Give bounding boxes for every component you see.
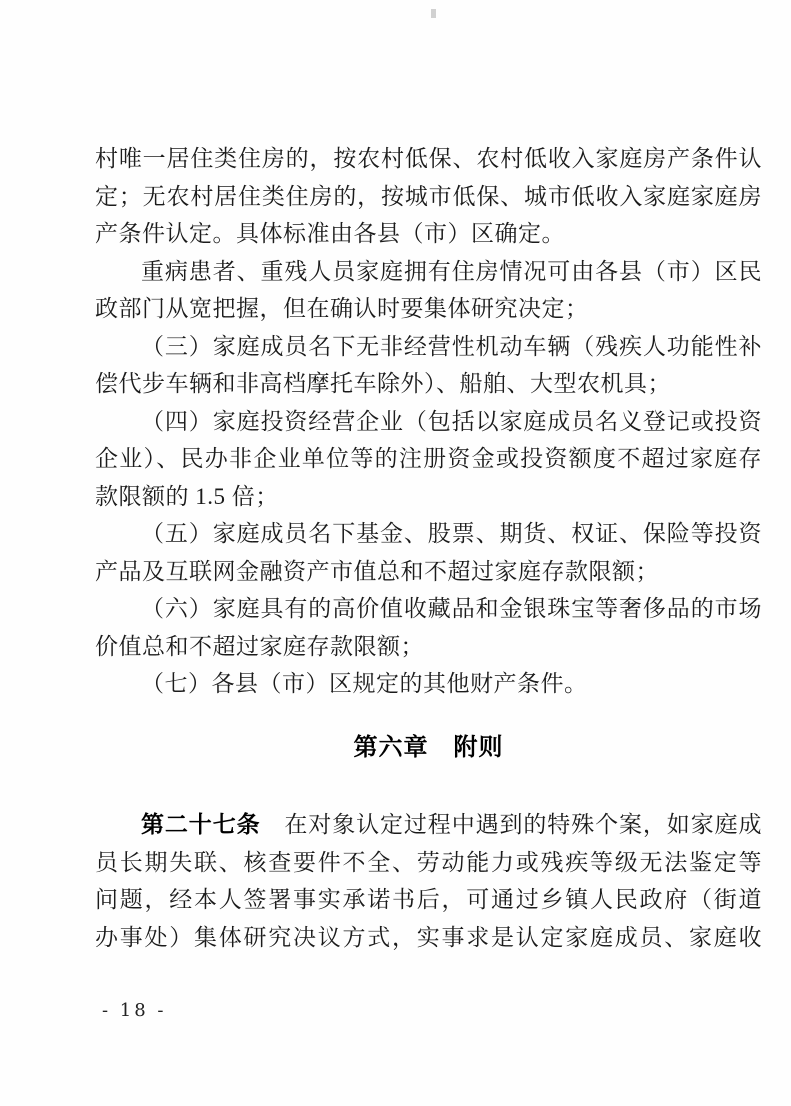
page-number: - 18 -: [102, 1000, 167, 1022]
text-line: 村唯一居住类住房的，按农村低保、农村低收入家庭房产条件认: [95, 140, 762, 178]
text-line: （三）家庭成员名下无非经营性机动车辆（残疾人功能性补: [95, 328, 762, 366]
text-line: 第二十七条 在对象认定过程中遇到的特殊个案，如家庭成: [95, 806, 762, 844]
text-line: 问题，经本人签署事实承诺书后，可通过乡镇人民政府（街道: [95, 881, 762, 919]
text-line: 产品及互联网金融资产市值总和不超过家庭存款限额；: [95, 553, 762, 591]
text-line: 定；无农村居住类住房的，按城市低保、城市低收入家庭家庭房: [95, 178, 762, 216]
text-line: （七）各县（市）区规定的其他财产条件。: [95, 665, 762, 703]
body-text: 村唯一居住类住房的，按农村低保、农村低收入家庭房产条件认定；无农村居住类住房的，…: [95, 140, 762, 956]
text-line: （四）家庭投资经营企业（包括以家庭成员名义登记或投资: [95, 403, 762, 441]
article-number-bold: 第二十七条: [141, 812, 261, 837]
text-line: 政部门从宽把握，但在确认时要集体研究决定；: [95, 290, 762, 328]
text-line: 偿代步车辆和非高档摩托车除外）、船舶、大型农机具；: [95, 365, 762, 403]
scan-artifact-speck: [431, 9, 436, 18]
chapter-heading: 第六章 附则: [95, 729, 762, 767]
text-line: （六）家庭具有的高价值收藏品和金银珠宝等奢侈品的市场: [95, 590, 762, 628]
text-line: 企业）、民办非企业单位等的注册资金或投资额度不超过家庭存: [95, 440, 762, 478]
text-line: 款限额的 1.5 倍；: [95, 478, 762, 516]
text-line: （五）家庭成员名下基金、股票、期货、权证、保险等投资: [95, 515, 762, 553]
text-line: 产条件认定。具体标准由各县（市）区确定。: [95, 215, 762, 253]
text-line: 办事处）集体研究决议方式，实事求是认定家庭成员、家庭收: [95, 919, 762, 957]
document-page: 村唯一居住类住房的，按农村低保、农村低收入家庭房产条件认定；无农村居住类住房的，…: [0, 0, 791, 1106]
text-line: 价值总和不超过家庭存款限额；: [95, 628, 762, 666]
document-body: 村唯一居住类住房的，按农村低保、农村低收入家庭房产条件认定；无农村居住类住房的，…: [95, 140, 762, 956]
text-line: 员长期失联、核查要件不全、劳动能力或残疾等级无法鉴定等: [95, 844, 762, 882]
text-line: 重病患者、重残人员家庭拥有住房情况可由各县（市）区民: [95, 253, 762, 291]
